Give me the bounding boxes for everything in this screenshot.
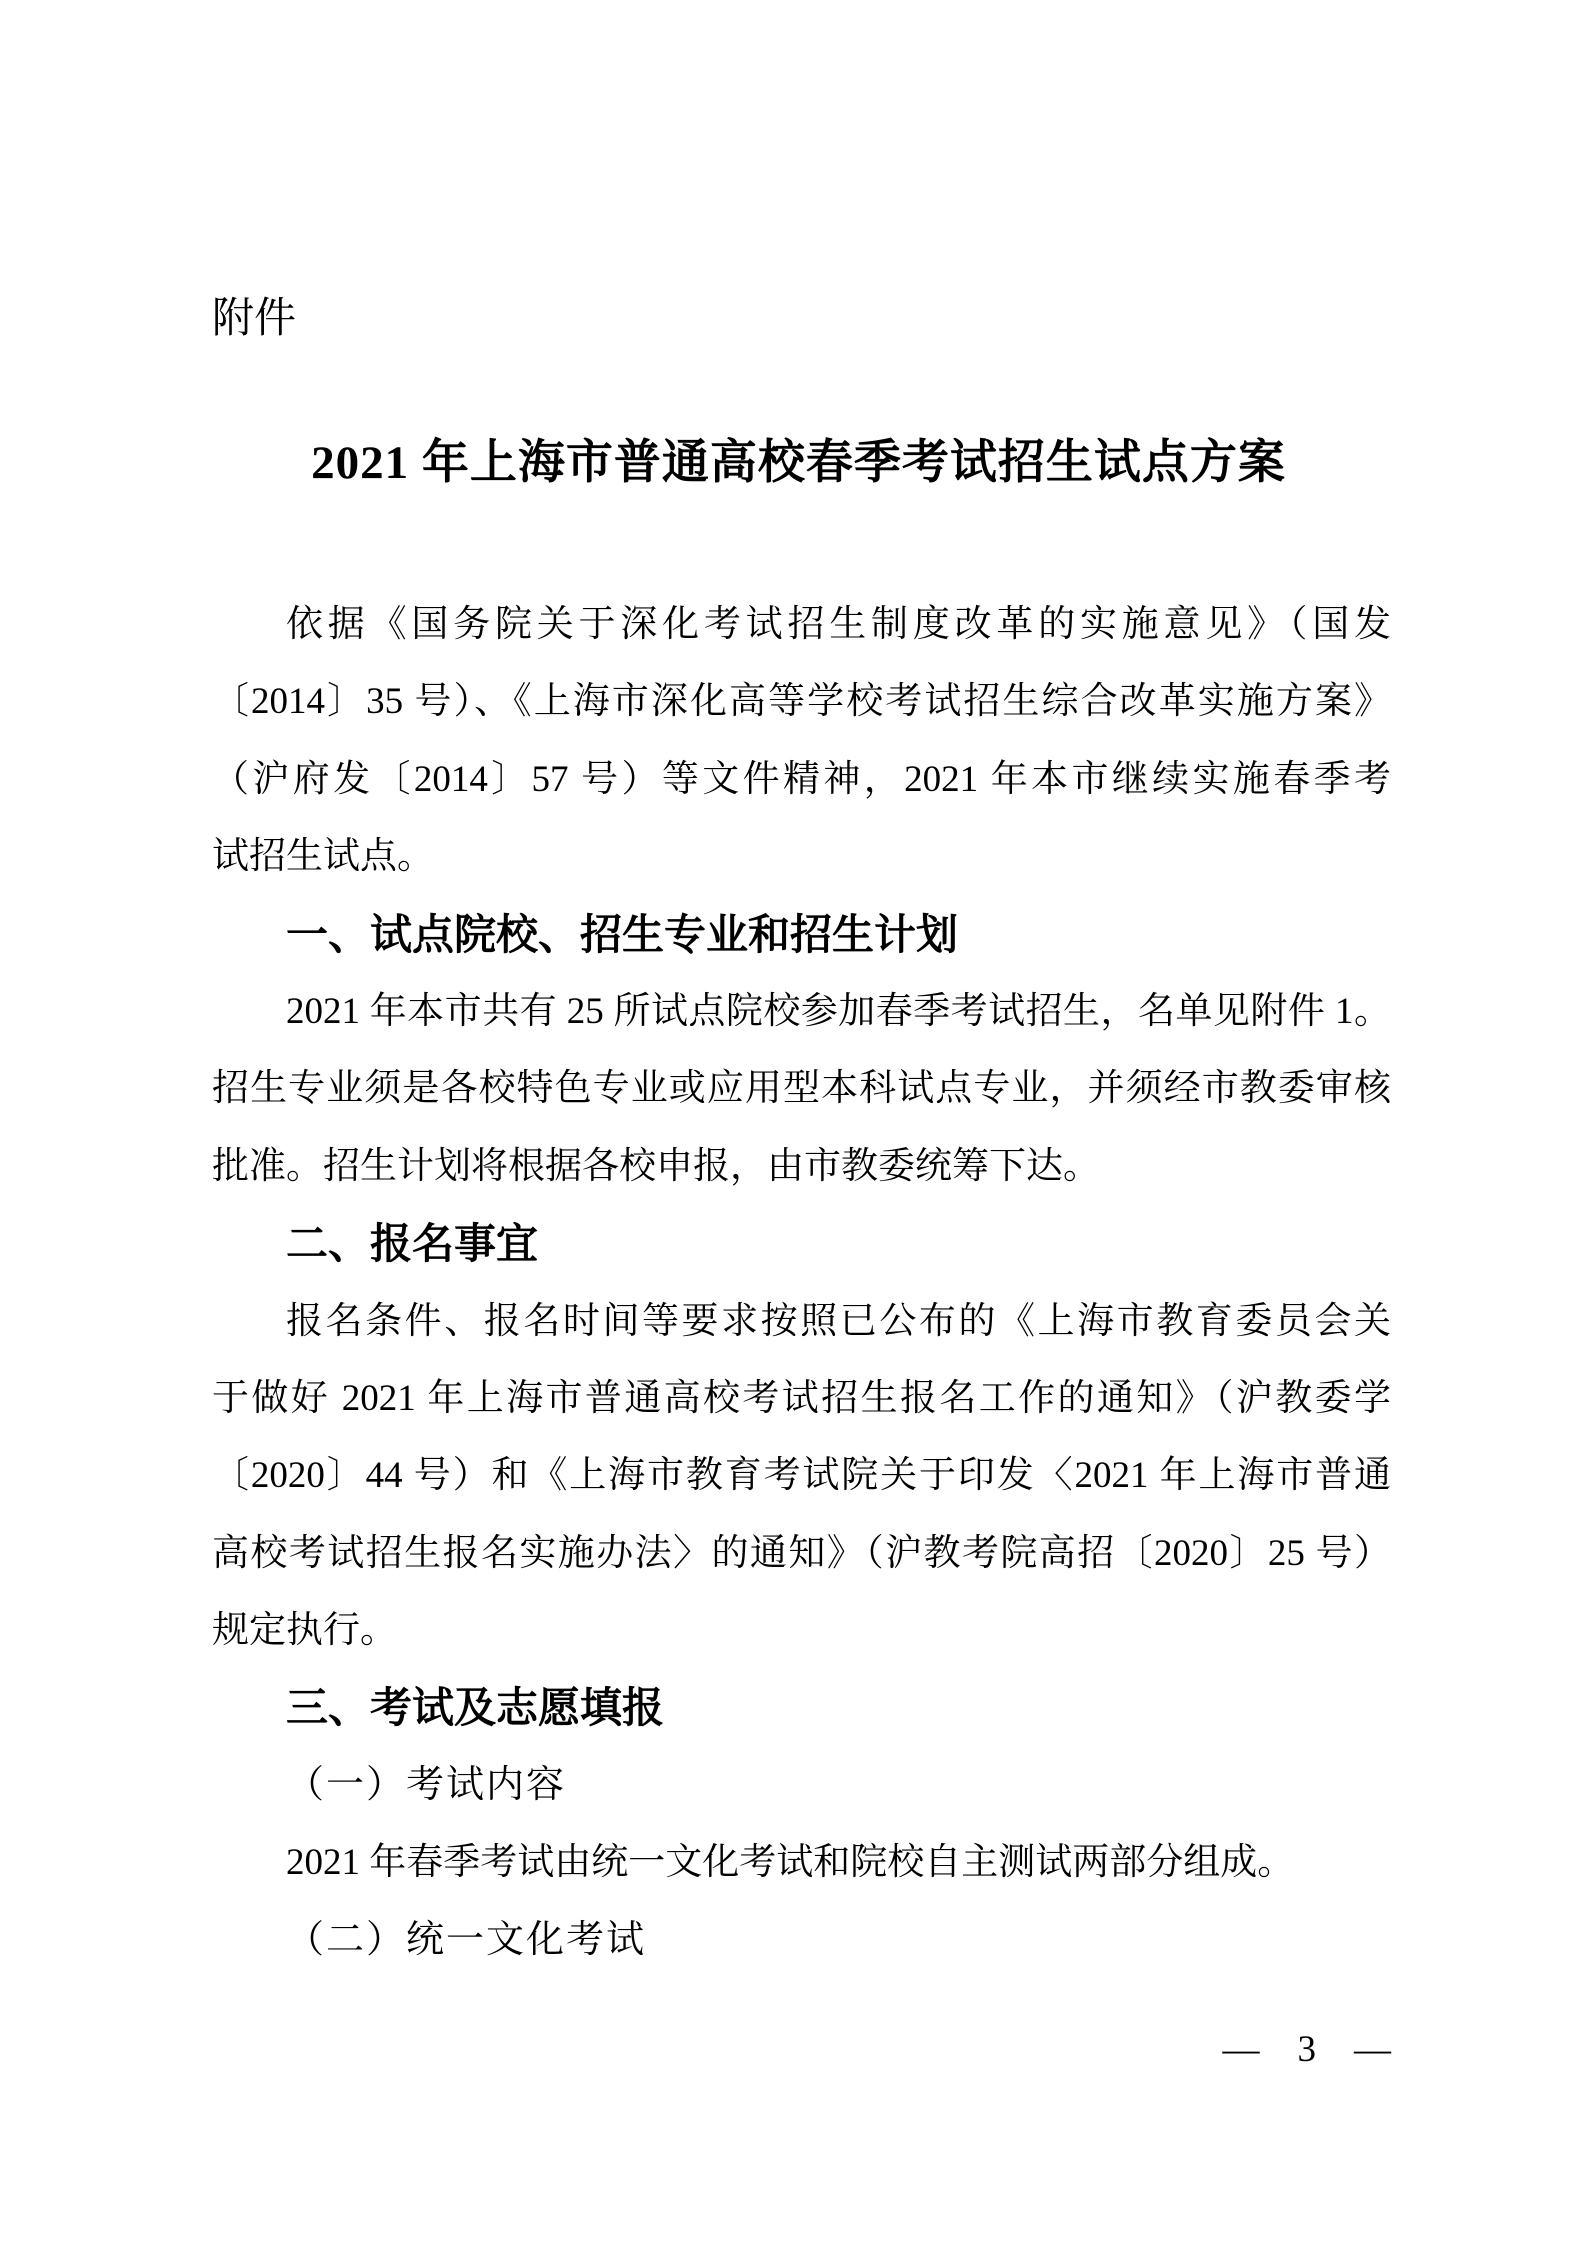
body-line: 批准。招生计划将根据各校申报，由市教委统筹下达。: [212, 1128, 1391, 1205]
document-title: 2021 年上海市普通高校春季考试招生试点方案: [206, 434, 1391, 492]
body-line: 2021 年本市共有 25 所试点院校参加春季考试招生，名单见附件 1。: [212, 973, 1391, 1050]
page-footer: —3—: [212, 2026, 1391, 2074]
body-line: 2021 年春季考试由统一文化考试和院校自主测试两部分组成。: [212, 1824, 1391, 1901]
body-line: 试招生试点。: [212, 818, 1391, 895]
sub-heading-2: （二）统一文化考试: [212, 1902, 1391, 1979]
sub-heading-1: （一）考试内容: [212, 1747, 1391, 1824]
body-line: 报名条件、报名时间等要求按照已公布的《上海市教育委员会关: [212, 1283, 1391, 1360]
body-line: 招生专业须是各校特色专业或应用型本科试点专业，并须经市教委审核: [212, 1050, 1391, 1127]
page-number: 3: [1298, 2026, 1317, 2074]
body-line: 依据《国务院关于深化考试招生制度改革的实施意见》（国发: [212, 586, 1391, 663]
attachment-label: 附件: [212, 296, 296, 340]
body-line: （沪府发〔2014〕57 号）等文件精神，2021 年本市继续实施春季考: [212, 741, 1391, 818]
section-heading-1: 一、试点院校、招生专业和招生计划: [212, 896, 1391, 973]
body-line: 〔2020〕44 号）和《上海市教育考试院关于印发〈2021 年上海市普通: [212, 1437, 1391, 1514]
body-line: 规定执行。: [212, 1592, 1391, 1669]
body-line: 〔2014〕35 号）、《上海市深化高等学校考试招生综合改革实施方案》: [212, 663, 1391, 740]
document-page: 附件 2021 年上海市普通高校春季考试招生试点方案 依据《国务院关于深化考试招…: [0, 0, 1587, 2245]
body-line: 高校考试招生报名实施办法〉的通知》（沪教考院高招〔2020〕25 号）: [212, 1515, 1391, 1592]
document-body: 依据《国务院关于深化考试招生制度改革的实施意见》（国发 〔2014〕35 号）、…: [212, 586, 1391, 1979]
footer-dash-left: —: [1223, 2029, 1260, 2070]
body-line: 于做好 2021 年上海市普通高校考试招生报名工作的通知》（沪教委学: [212, 1360, 1391, 1437]
section-heading-3: 三、考试及志愿填报: [212, 1669, 1391, 1746]
section-heading-2: 二、报名事宜: [212, 1205, 1391, 1282]
footer-dash-right: —: [1354, 2029, 1391, 2070]
